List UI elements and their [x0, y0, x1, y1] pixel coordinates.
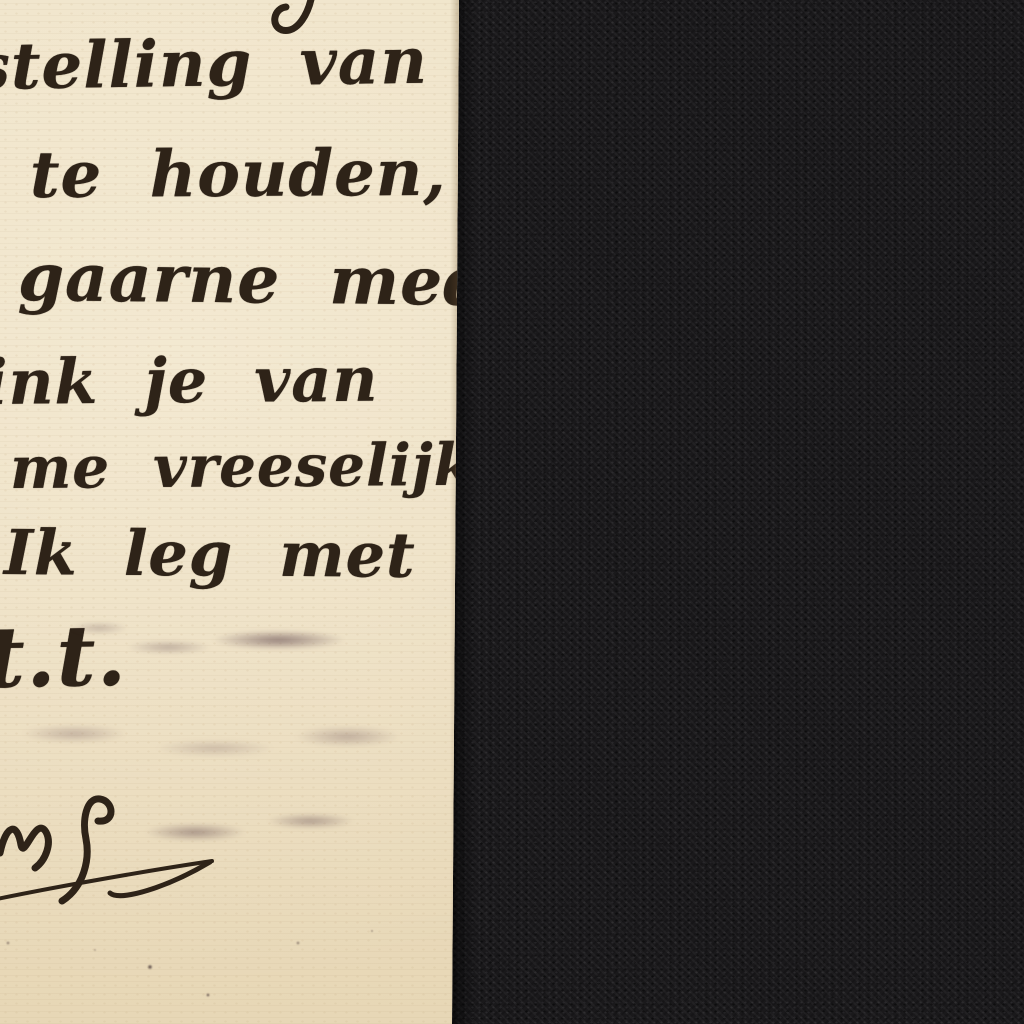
- signature-flourish: [0, 775, 260, 925]
- handwriting-line: ink je van: [0, 343, 379, 419]
- handwriting-line: gaarne mede: [18, 238, 534, 321]
- ink-smudge: [12, 696, 402, 786]
- handwriting-line: te houden,: [30, 136, 447, 213]
- handwriting-line: me vreeselijk: [10, 431, 475, 502]
- letter-photograph: stelling van de te houden, gaarne mede i…: [0, 0, 1024, 1024]
- letter-page: stelling van de te houden, gaarne mede i…: [0, 0, 459, 1024]
- handwriting-line: t.t.: [0, 606, 128, 707]
